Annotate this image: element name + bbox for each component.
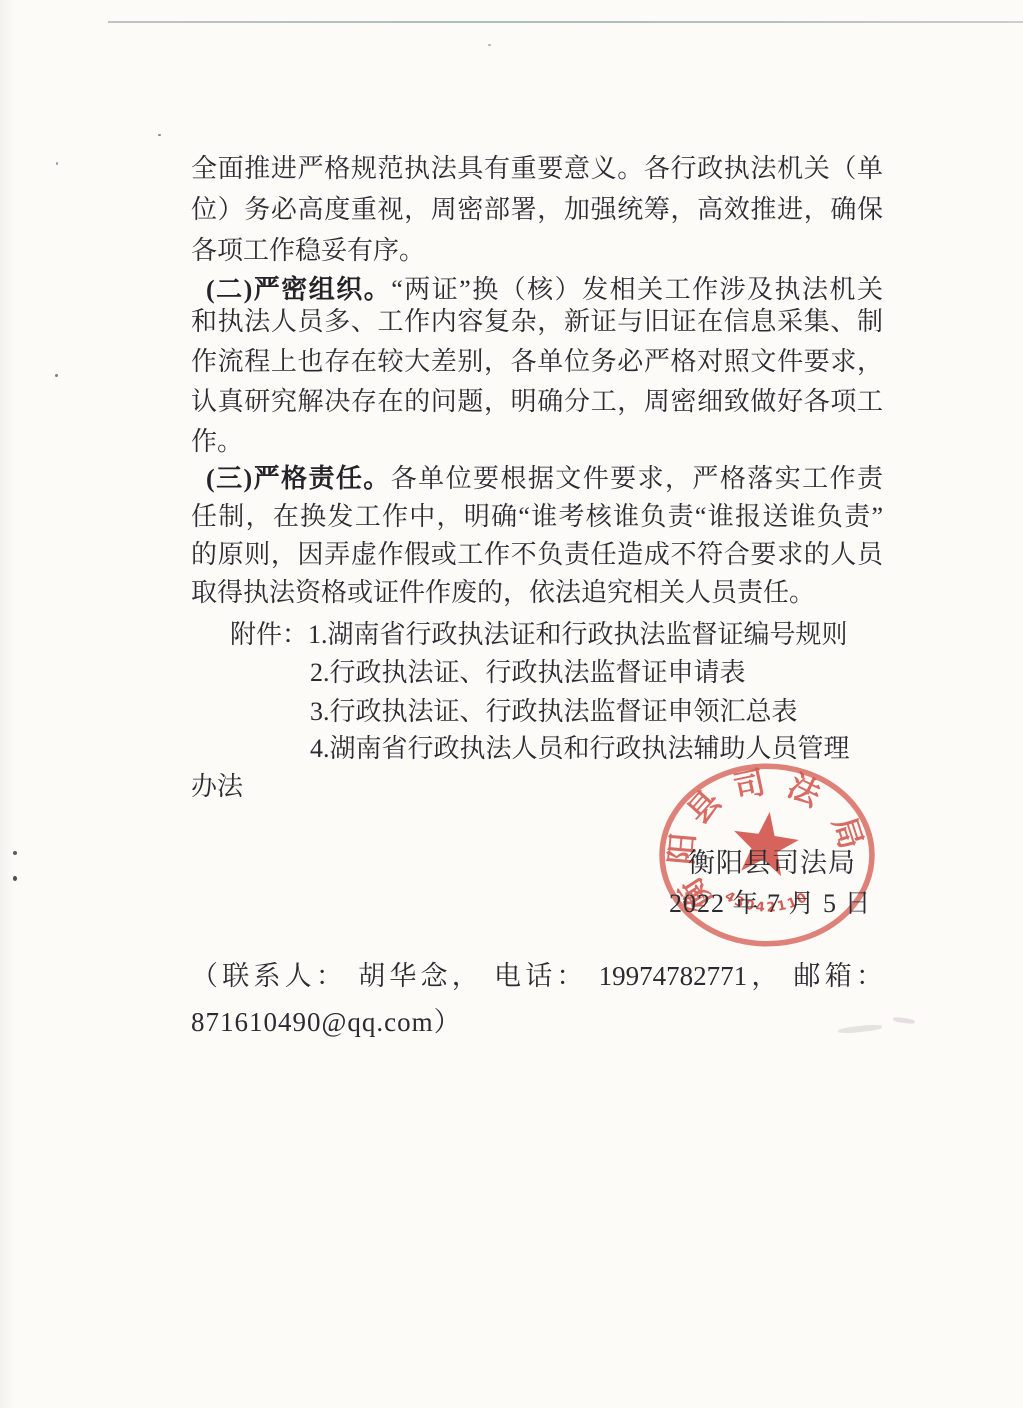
scan-edge-line [108, 21, 1023, 23]
body-line: 任制，在换发工作中，明确“谁考核谁负责“谁报送谁负责” [191, 500, 883, 540]
body-line: 认真研究解决存在的问题，明确分工，周密细致做好各项工 [191, 385, 883, 425]
body-text: “两证”换（核）发相关工作涉及执法机关 [391, 275, 883, 304]
scan-speck [488, 44, 491, 46]
scan-speck [158, 134, 161, 136]
signature-date: 2022 年 7 月 5 日 [669, 883, 872, 920]
seal-arc-char: 司 [730, 765, 768, 806]
attachment-text: 2.行政执法证、行政执法监督证申请表 [310, 658, 746, 687]
paragraph-heading: (三)严格责任。 [206, 464, 391, 493]
body-line: 位）务必高度重视，周密部署，加强统筹，高效推进，确保 [191, 193, 883, 233]
seal-arc-char: 法 [782, 768, 826, 813]
attachment-text: 办法 [191, 772, 243, 801]
contact-line-2: 871610490@qq.com） [191, 1004, 462, 1040]
scan-smudge [838, 1024, 882, 1035]
body-text: 各单位要根据文件要求，严格落实工作责 [391, 464, 883, 493]
attachment-item: 2.行政执法证、行政执法监督证申请表 [310, 656, 910, 696]
body-text: 取得执法资格或证件作废的，依法追究相关人员责任。 [191, 578, 815, 607]
scan-smudge [893, 1016, 915, 1024]
scan-speck [56, 162, 58, 165]
attachment-item: 3.行政执法证、行政执法监督证申领汇总表 [310, 695, 910, 735]
contact-line-1: （联系人： 胡华念， 电话： 19974782771， 邮箱： [191, 958, 883, 994]
scan-speck [13, 851, 17, 855]
signature-agency: 衡阳县司法局 [688, 841, 856, 880]
body-line: 作流程上也存在较大差别，各单位务必严格对照文件要求， [191, 345, 883, 385]
paragraph-heading: (二)严密组织。 [206, 275, 391, 304]
scan-edge-shadow [0, 0, 14, 1408]
scan-speck [206, 437, 208, 439]
body-text: 作流程上也存在较大差别，各单位务必严格对照文件要求， [191, 347, 883, 376]
body-text: 作。 [191, 427, 243, 456]
attachments-label: 附件： [230, 620, 308, 649]
body-line: 全面推进严格规范执法具有重要意义。各行政执法机关（单 [191, 152, 883, 192]
body-text: 和执法人员多、工作内容复杂，新证与旧证在信息采集、制 [191, 307, 883, 336]
attachments-line: 附件：1.湖南省行政执法证和行政执法监督证编号规则 [230, 618, 890, 658]
body-text: 任制，在换发工作中，明确“谁考核谁负责“谁报送谁负责” [191, 502, 883, 531]
seal-arc-char: 县 [681, 784, 728, 831]
body-text: 位）务必高度重视，周密部署，加强统筹，高效推进，确保 [191, 195, 883, 224]
body-text: 全面推进严格规范执法具有重要意义。各行政执法机关（单 [191, 154, 883, 183]
attachment-item: 1.湖南省行政执法证和行政执法监督证编号规则 [308, 620, 848, 649]
body-text: 各项工作稳妥有序。 [191, 236, 425, 265]
scan-speck [13, 876, 17, 881]
body-line: 和执法人员多、工作内容复杂，新证与旧证在信息采集、制 [191, 305, 883, 345]
body-line: 的原则，因弄虚作假或工作不负责任造成不符合要求的人员 [191, 538, 883, 578]
body-line: 各项工作稳妥有序。 [191, 234, 883, 274]
attachment-text: 3.行政执法证、行政执法监督证申领汇总表 [310, 697, 798, 726]
body-line: (三)严格责任。各单位要根据文件要求，严格落实工作责 [191, 462, 883, 502]
body-line: 作。 [191, 425, 883, 465]
body-text: 的原则，因弄虚作假或工作不负责任造成不符合要求的人员 [191, 540, 883, 569]
body-text: 认真研究解决存在的问题，明确分工，周密细致做好各项工 [191, 387, 883, 416]
scan-speck [55, 374, 58, 377]
document-page: 全面推进严格规范执法具有重要意义。各行政执法机关（单 位）务必高度重视，周密部署… [0, 0, 1023, 1408]
body-line: 取得执法资格或证件作废的，依法追究相关人员责任。 [191, 576, 883, 616]
